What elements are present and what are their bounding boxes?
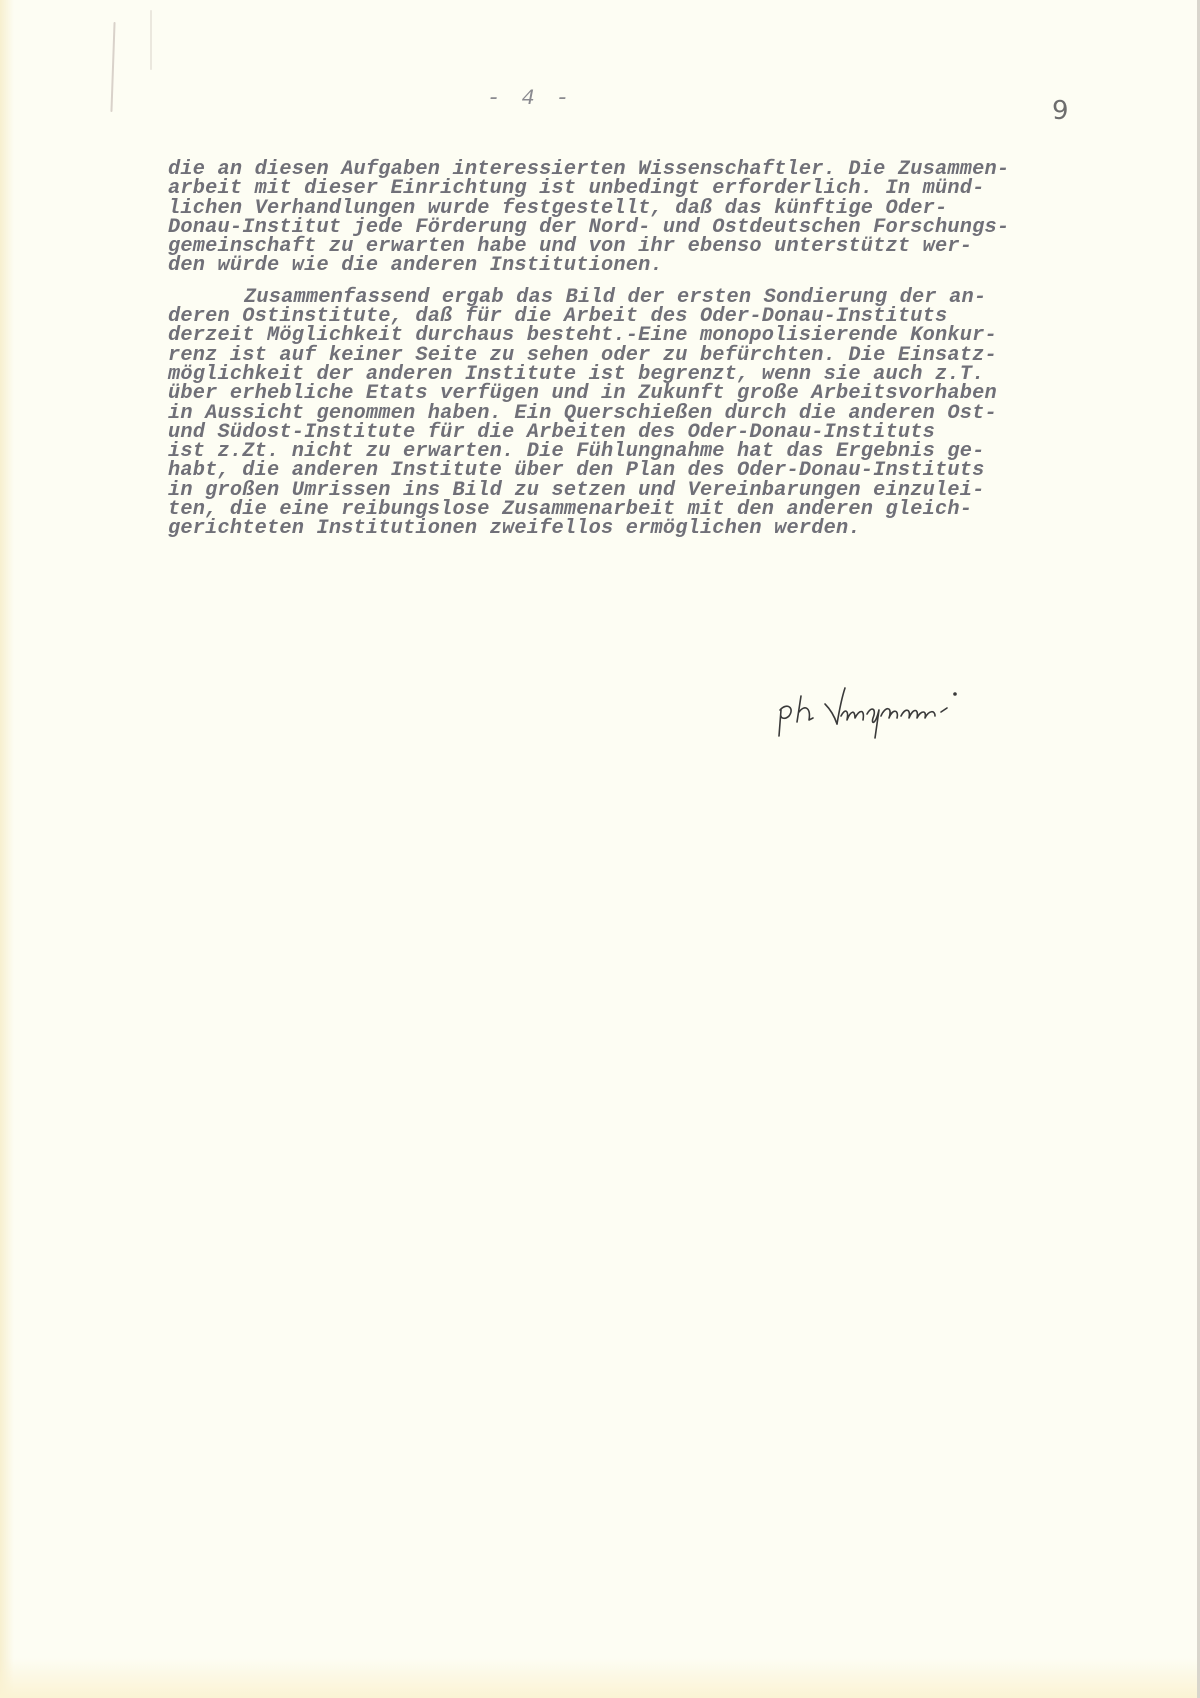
text-line: derzeit Möglichkeit durchaus besteht.-Ei… [168, 326, 1178, 345]
paragraph-1: die an diesen Aufgaben interessierten Wi… [168, 160, 1178, 276]
punch-mark [110, 22, 115, 112]
text-line: den würde wie die anderen Institutionen. [168, 256, 1178, 275]
text-line: gerichteten Institutionen zweifellos erm… [168, 519, 1178, 538]
document-body: die an diesen Aufgaben interessierten Wi… [168, 160, 1178, 551]
text-line: über erhebliche Etats verfügen und in Zu… [168, 384, 1178, 403]
signature-icon [775, 680, 1055, 740]
document-page: - 4 - 9 die an diesen Aufgaben interessi… [0, 0, 1200, 1698]
typed-page-number: - 4 - [487, 86, 573, 111]
text-line: habt, die anderen Institute über den Pla… [168, 461, 1178, 480]
text-line: lichen Verhandlungen wurde festgestellt,… [168, 199, 1178, 218]
folio-number: 9 [1052, 96, 1069, 126]
paragraph-2: Zusammenfassend ergab das Bild der erste… [168, 288, 1178, 539]
text-line: in Aussicht genommen haben. Ein Querschi… [168, 404, 1178, 423]
punch-mark [150, 10, 152, 70]
text-line: arbeit mit dieser Einrichtung ist unbedi… [168, 179, 1178, 198]
